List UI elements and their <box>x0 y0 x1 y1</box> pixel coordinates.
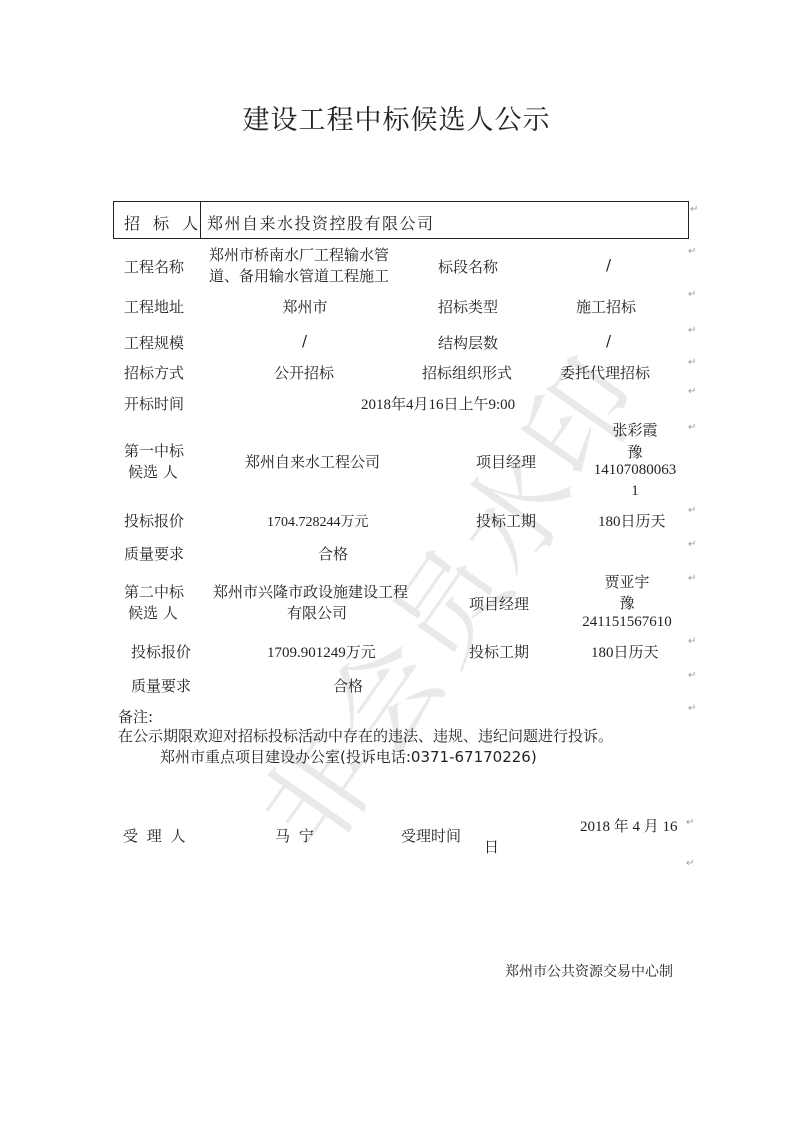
bid-opening-label: 开标时间 <box>124 393 184 414</box>
candidate2-price-label: 投标报价 <box>131 641 191 662</box>
project-name-value-line2: 道、备用输水管道工程施工 <box>209 265 389 286</box>
tenderer-box: 招 标 人 郑州自来水投资控股有限公司 <box>113 201 689 239</box>
section-name-label: 标段名称 <box>438 256 498 277</box>
candidate1-period-label: 投标工期 <box>476 510 536 531</box>
project-name-label: 工程名称 <box>124 256 184 277</box>
paragraph-mark-icon: ↵ <box>688 573 696 584</box>
project-address-label: 工程地址 <box>124 296 184 317</box>
tenderer-label: 招 标 人 <box>124 211 202 234</box>
candidate2-company-line1: 郑州市兴隆市政设施建设工程 <box>213 581 408 602</box>
project-name-value-line1: 郑州市桥南水厂工程输水管 <box>209 244 389 265</box>
issuer: 郑州市公共资源交易中心制 <box>505 961 673 981</box>
candidate1-quality-label: 质量要求 <box>124 543 184 564</box>
candidate1-cert-line2: 1 <box>580 483 690 500</box>
paragraph-mark-icon: ↵ <box>688 325 696 336</box>
tender-method-label: 招标方式 <box>124 362 184 383</box>
candidate1-label-line2: 候选 人 <box>128 461 178 482</box>
project-scale-label: 工程规模 <box>124 332 184 353</box>
paragraph-mark-icon: ↵ <box>688 703 696 714</box>
tender-organization-value: 委托代理招标 <box>560 362 650 383</box>
candidate2-label-line2: 候选 人 <box>128 602 178 623</box>
receiver-label: 受 理 人 <box>123 825 188 846</box>
candidate2-quality-label: 质量要求 <box>131 675 191 696</box>
candidate1-period-value: 180日历天 <box>598 510 666 531</box>
paragraph-mark-icon: ↵ <box>688 357 696 368</box>
paragraph-mark-icon: ↵ <box>688 246 696 257</box>
paragraph-mark-icon: ↵ <box>688 670 696 681</box>
candidate1-price-label: 投标报价 <box>124 510 184 531</box>
paragraph-mark-icon: ↵ <box>688 289 696 300</box>
tenderer-value: 郑州自来水投资控股有限公司 <box>207 211 435 234</box>
tender-method-value: 公开招标 <box>274 362 334 383</box>
section-name-value: / <box>606 256 611 274</box>
candidate1-manager-name: 张彩霞 <box>580 419 690 440</box>
paragraph-mark-icon: ↵ <box>686 817 694 828</box>
candidate2-cert-prefix: 豫 <box>572 592 682 613</box>
acceptance-time-value: 2018 年 4 月 16 <box>580 815 678 836</box>
candidate2-period-label: 投标工期 <box>469 641 529 662</box>
candidate1-price-value: 1704.728244万元 <box>267 511 369 531</box>
paragraph-mark-icon: ↵ <box>688 386 696 397</box>
bid-opening-value: 2018年4月16日上午9:00 <box>361 393 515 414</box>
paragraph-mark-icon: ↵ <box>688 422 696 433</box>
remarks-line2: 郑州市重点项目建设办公室(投诉电话:0371-67170226) <box>160 746 537 767</box>
candidate1-manager-label: 项目经理 <box>476 451 536 472</box>
receiver-name: 马 宁 <box>275 825 316 846</box>
project-scale-value: / <box>302 332 307 350</box>
candidate2-company-line2: 有限公司 <box>287 602 347 623</box>
paragraph-mark-icon: ↵ <box>688 636 696 647</box>
candidate2-manager-label: 项目经理 <box>469 593 529 614</box>
structure-floors-value: / <box>606 332 611 350</box>
candidate1-cert-prefix: 豫 <box>580 441 690 462</box>
tender-organization-label: 招标组织形式 <box>422 362 512 383</box>
tender-type-label: 招标类型 <box>438 296 498 317</box>
candidate2-cert-line1: 241151567610 <box>572 614 682 631</box>
remarks-line1: 在公示期限欢迎对招标投标活动中存在的违法、违规、违纪问题进行投诉。 <box>118 725 613 746</box>
divider <box>200 202 201 238</box>
candidate1-company: 郑州自来水工程公司 <box>245 451 380 472</box>
paragraph-mark-icon: ↵ <box>686 858 694 869</box>
paragraph-mark-icon: ↵ <box>688 505 696 516</box>
candidate2-label-line1: 第二中标 <box>124 581 184 602</box>
candidate2-price-value: 1709.901249万元 <box>267 641 376 662</box>
acceptance-time-suffix: 日 <box>484 836 499 857</box>
candidate2-manager-name: 贾亚宇 <box>572 571 682 592</box>
page-title: 建设工程中标候选人公示 <box>0 98 793 137</box>
paragraph-mark-icon: ↵ <box>690 204 698 215</box>
project-address-value: 郑州市 <box>255 296 355 317</box>
paragraph-mark-icon: ↵ <box>688 539 696 550</box>
acceptance-time-label: 受理时间 <box>401 825 461 846</box>
candidate1-label-line1: 第一中标 <box>124 440 184 461</box>
candidate2-period-value: 180日历天 <box>591 641 659 662</box>
candidate1-cert-line1: 14107080063 <box>580 462 690 479</box>
structure-floors-label: 结构层数 <box>438 332 498 353</box>
tender-type-value: 施工招标 <box>576 296 636 317</box>
candidate2-quality-value: 合格 <box>333 675 363 696</box>
remarks-label: 备注: <box>118 706 153 727</box>
candidate1-quality-value: 合格 <box>318 543 348 564</box>
